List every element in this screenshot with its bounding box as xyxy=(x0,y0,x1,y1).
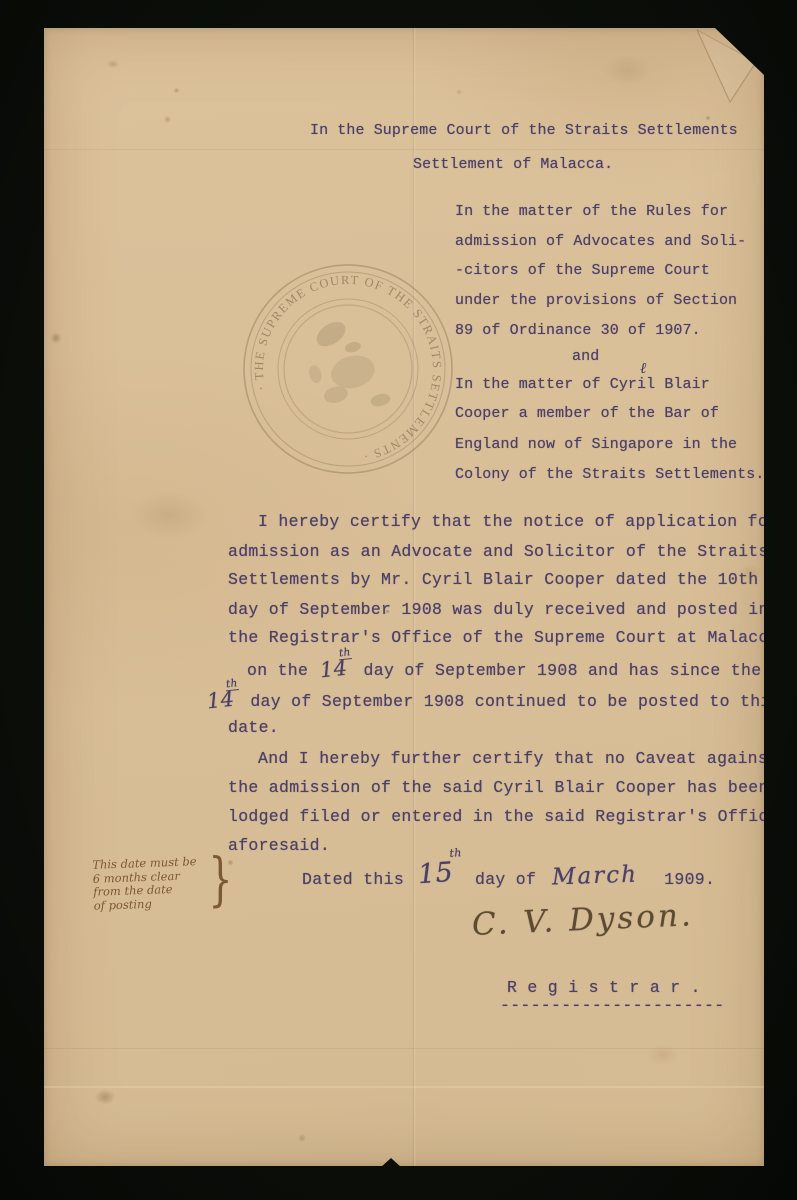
caveat-line: aforesaid. xyxy=(228,836,330,855)
matter-rules-line: -citors of the Supreme Court xyxy=(455,262,710,279)
matter-cooper-line: Cooper a member of the Bar of xyxy=(455,405,719,422)
conjunction-and: and xyxy=(572,348,599,365)
seal-crest-blotches xyxy=(297,309,391,421)
handwritten-day-14: 14th xyxy=(206,689,235,713)
settlement-heading: Settlement of Malacca. xyxy=(413,156,613,173)
matter-cooper-line: Colony of the Straits Settlements. xyxy=(455,466,764,483)
ordinal-superscript: th xyxy=(449,847,462,859)
margin-note-line: of posting xyxy=(94,896,199,913)
typed-segment: on the xyxy=(247,661,308,680)
certify-line-date-end: date. xyxy=(228,718,279,737)
certify-line: admission as an Advocate and Solicitor o… xyxy=(228,542,769,561)
certify-line-continued-date: 14thday of September 1908 continued to b… xyxy=(207,689,781,711)
certify-line: day of September 1908 was duly received … xyxy=(228,600,769,619)
paper-tear xyxy=(380,1158,402,1168)
caveat-line: And I hereby further certify that no Cav… xyxy=(258,749,778,768)
registrar-signature: C. V. Dyson. xyxy=(471,897,694,943)
ordinal-superscript: th xyxy=(338,647,353,660)
matter-rules-line: admission of Advocates and Soli- xyxy=(455,233,746,250)
handwritten-day-14: 14th xyxy=(319,658,348,682)
margin-note: This date must be 6 months clear from th… xyxy=(92,855,198,913)
typed-segment: day of September 1908 and has since the … xyxy=(364,661,797,680)
handwritten-month: March xyxy=(552,864,639,890)
scan-background: · THE SUPREME COURT OF THE STRAITS SETTL… xyxy=(0,0,797,1200)
matter-cooper-line: In the matter of Cyril Blair xyxy=(455,376,710,393)
certify-line: I hereby certify that the notice of appl… xyxy=(258,512,778,531)
certify-line: Settlements by Mr. Cyril Blair Cooper da… xyxy=(228,570,758,589)
handwritten-day-15: 15th xyxy=(417,859,454,888)
document-page: · THE SUPREME COURT OF THE STRAITS SETTL… xyxy=(44,28,764,1166)
typed-segment: Dated this xyxy=(302,870,404,889)
court-seal-stamp: · THE SUPREME COURT OF THE STRAITS SETTL… xyxy=(217,238,479,500)
handwritten-correction-mark: ℓ xyxy=(640,359,646,378)
matter-rules-line: In the matter of the Rules for xyxy=(455,203,728,220)
dated-line: Dated this15thday ofMarch1909. xyxy=(302,862,715,889)
registrar-title: R e g i s t r a r . xyxy=(507,978,701,997)
registrar-underline: ---------------------- xyxy=(500,996,724,1015)
ordinal-superscript: th xyxy=(225,678,240,691)
margin-note-brace: } xyxy=(208,850,232,908)
typed-segment: day of September 1908 continued to be po… xyxy=(250,692,780,711)
certify-line-posted-date: on the14thday of September 1908 and has … xyxy=(247,658,797,680)
matter-rules-line: under the provisions of Section xyxy=(455,292,737,309)
caveat-line: the admission of the said Cyril Blair Co… xyxy=(228,778,769,797)
matter-cooper-line: England now of Singapore in the xyxy=(455,436,737,453)
typed-segment: 1909. xyxy=(664,870,715,889)
matter-rules-line: 89 of Ordinance 30 of 1907. xyxy=(455,322,701,339)
caveat-line: lodged filed or entered in the said Regi… xyxy=(228,807,779,826)
certify-line: the Registrar's Office of the Supreme Co… xyxy=(228,628,779,647)
typed-segment: day of xyxy=(475,870,536,889)
court-heading: In the Supreme Court of the Straits Sett… xyxy=(310,122,738,139)
